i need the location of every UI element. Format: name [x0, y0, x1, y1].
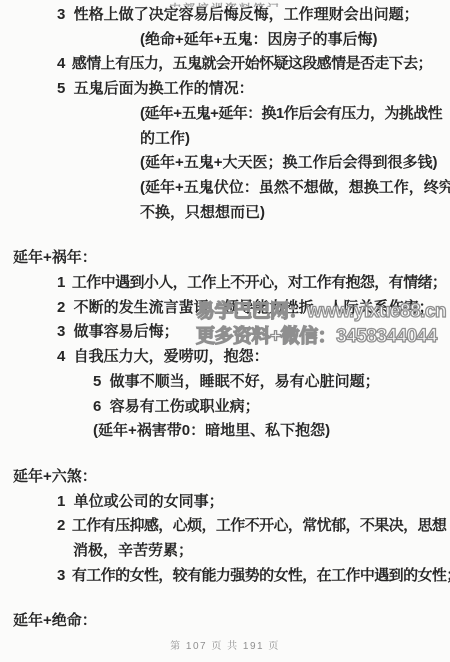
- text-line: (延年+五鬼+延年：换1作后会有压力，为挑战性: [140, 102, 450, 127]
- text-line: 2 不断的发生流言蜚语，领导能力挫折，人际关系伤害；: [57, 296, 450, 321]
- text-line: 1 单位或公司的女同事；: [57, 490, 450, 515]
- section-heading: 延年+六煞：: [13, 465, 450, 490]
- text-line: 3 做事容易后悔；: [57, 320, 450, 345]
- section-heading: 延年+祸年：: [13, 246, 450, 271]
- page-number: 第 107 页 共 191 页: [0, 637, 450, 652]
- text-line: (绝命+延年+五鬼：因房子的事后悔): [140, 28, 450, 53]
- text-line: 不换，只想想而已): [140, 201, 450, 226]
- text-line: 3 性格上做了决定容易后悔反悔，工作理财会出问题；: [57, 3, 450, 28]
- text-line: 6 容易有工伤或职业病；: [93, 395, 450, 420]
- text-line: 5 做事不顺当，睡眠不好，易有心脏问题；: [93, 370, 450, 395]
- text-line: 消极，辛苦劳累；: [73, 539, 450, 564]
- document-page: 内部培训资料笔记 3 性格上做了决定容易后悔反悔，工作理财会出问题； (绝命+延…: [0, 0, 450, 662]
- text-line: 4 感情上有压力，五鬼就会开始怀疑这段感情是否走下去；: [57, 52, 450, 77]
- text-line: 1 工作中遇到小人，工作上不开心，对工作有抱怨，有情绪；: [57, 271, 450, 296]
- text-line: 4 自我压力大，爱唠叨，抱怨：: [57, 345, 450, 370]
- text-line: 2 工作有压抑感，心烦，工作不开心，常忧郁，不果决，思想: [57, 514, 450, 539]
- text-line: 5 五鬼后面为换工作的情况：: [57, 77, 450, 102]
- text-line: 的工作): [140, 127, 450, 152]
- text-line: 3 有工作的女性，较有能力强势的女性，在工作中遇到的女性；: [57, 564, 450, 589]
- text-line: (延年+五鬼伏位：虽然不想做，想换工作，终究: [140, 176, 450, 201]
- text-line: (延年+五鬼+大天医；换工作后会得到很多钱): [140, 151, 450, 176]
- document-content: 3 性格上做了决定容易后悔反悔，工作理财会出问题； (绝命+延年+五鬼：因房子的…: [0, 0, 450, 634]
- section-heading: 延年+绝命：: [13, 609, 450, 634]
- text-line: (延年+祸害带0：暗地里、私下抱怨): [93, 419, 450, 444]
